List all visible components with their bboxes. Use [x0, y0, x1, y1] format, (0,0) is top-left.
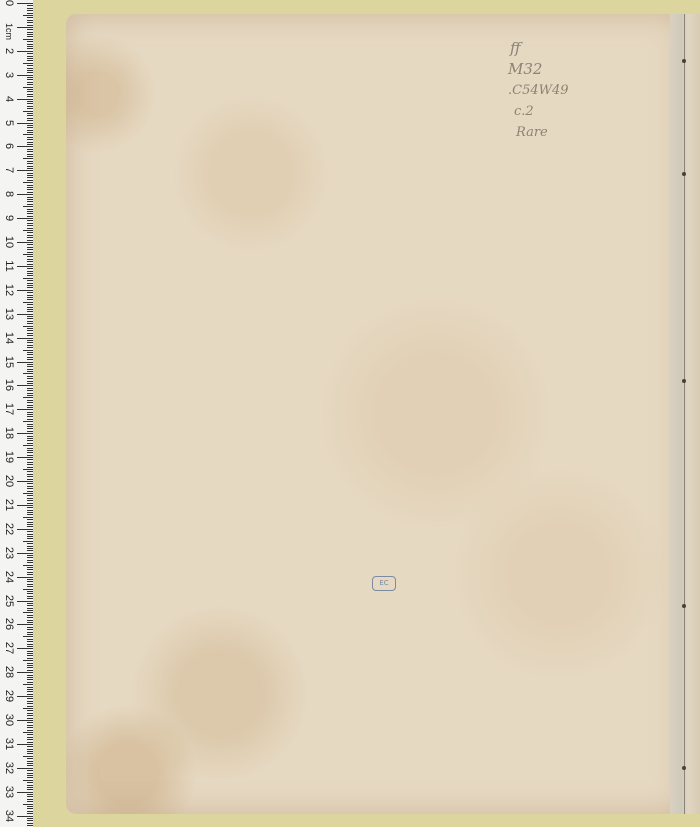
ruler-tick: [23, 541, 33, 542]
ruler-label: 12: [3, 282, 15, 298]
ruler-label: 11: [3, 258, 15, 274]
ruler-tick: [17, 51, 33, 52]
ruler-label: 19: [3, 449, 15, 465]
ruler-tick: [23, 326, 33, 327]
ruler-tick: [17, 768, 33, 769]
ruler-tick: [17, 146, 33, 147]
ruler-tick: [23, 63, 33, 64]
ruler-label: 16: [3, 377, 15, 393]
ruler-label: 4: [3, 91, 15, 107]
ruler-tick: [17, 433, 33, 434]
ruler-label: 29: [3, 688, 15, 704]
ruler-tick: [23, 708, 33, 709]
ruler-tick: [23, 804, 33, 805]
ruler-tick: [23, 421, 33, 422]
ruler-tick: [23, 469, 33, 470]
ruler-tick: [23, 87, 33, 88]
ruler-tick: [23, 612, 33, 613]
ruler-label: 32: [3, 760, 15, 776]
ruler-label: 28: [3, 664, 15, 680]
ruler-label: 31: [3, 736, 15, 752]
ruler-tick: [17, 529, 33, 530]
ruler-label: 24: [3, 569, 15, 585]
ruler-tick: [17, 266, 33, 267]
ruler-label: 6: [3, 138, 15, 154]
ruler-label: 15: [3, 354, 15, 370]
ruler-tick: [23, 134, 33, 135]
ruler-tick: [17, 624, 33, 625]
ruler-tick: [23, 15, 33, 16]
ruler-tick: [23, 350, 33, 351]
ruler-label: 8: [3, 186, 15, 202]
ruler-tick: [23, 158, 33, 159]
ruler-tick: [17, 338, 33, 339]
ruler-tick: [23, 660, 33, 661]
note-line: .C54W49: [508, 80, 608, 101]
spine-fold-line: [684, 14, 685, 814]
ruler-label: 30: [3, 712, 15, 728]
ruler-tick: [23, 636, 33, 637]
ruler-tick: [17, 792, 33, 793]
note-line: M32: [508, 59, 608, 80]
ruler-label: 0: [3, 0, 15, 11]
ruler-tick: [17, 218, 33, 219]
ruler-tick: [23, 565, 33, 566]
library-stamp: EC: [372, 576, 396, 591]
ruler-tick: [17, 505, 33, 506]
ruler-label: 27: [3, 640, 15, 656]
ruler-tick: [23, 780, 33, 781]
ruler-tick: [17, 457, 33, 458]
ruler-tick: [23, 206, 33, 207]
ruler-label: 5: [3, 115, 15, 131]
ruler-tick: [17, 385, 33, 386]
ruler-tick: [17, 27, 33, 28]
ruler-tick: [17, 75, 33, 76]
ruler-tick: [17, 99, 33, 100]
ruler-tick: [17, 648, 33, 649]
ruler-tick: [17, 577, 33, 578]
ruler-tick: [23, 39, 33, 40]
ruler-tick: [23, 756, 33, 757]
ruler-label: 33: [3, 784, 15, 800]
ruler-tick: [23, 517, 33, 518]
ruler-tick: [23, 445, 33, 446]
ruler-label: 10: [3, 234, 15, 250]
ruler-label: 2: [3, 43, 15, 59]
ruler-label: 21: [3, 497, 15, 513]
pencil-call-number-note: ff M32 .C54W49 c.2 Rare: [508, 38, 608, 143]
ruler-label: 20: [3, 473, 15, 489]
ruler-label: 7: [3, 162, 15, 178]
ruler-tick: [23, 182, 33, 183]
ruler-tick: [23, 397, 33, 398]
ruler-tick: [17, 744, 33, 745]
ruler-label: 18: [3, 425, 15, 441]
ruler-tick: [17, 290, 33, 291]
book-spine-edge: [670, 14, 700, 814]
ruler-tick: [17, 3, 33, 4]
ruler-tick: [17, 170, 33, 171]
ruler-tick: [17, 816, 33, 817]
stitch-hole-icon: [682, 766, 686, 770]
ruler-tick: [23, 589, 33, 590]
note-line: c.2: [508, 101, 608, 122]
ruler-label: 26: [3, 616, 15, 632]
stitch-hole-icon: [682, 172, 686, 176]
ruler-tick: [23, 732, 33, 733]
ruler-tick: [23, 278, 33, 279]
ruler-tick: [23, 111, 33, 112]
ruler-tick: [17, 720, 33, 721]
ruler-label: 22: [3, 521, 15, 537]
ruler-tick: [23, 373, 33, 374]
ruler-tick: [17, 362, 33, 363]
ruler-tick: [17, 481, 33, 482]
ruler-tick: [17, 314, 33, 315]
ruler-tick: [17, 553, 33, 554]
ruler-tick: [17, 194, 33, 195]
stitch-hole-icon: [682, 59, 686, 63]
ruler-label: 25: [3, 593, 15, 609]
ruler-tick: [23, 684, 33, 685]
ruler-label: 23: [3, 545, 15, 561]
ruler-tick: [23, 302, 33, 303]
ruler-label: 3: [3, 67, 15, 83]
ruler-label: 9: [3, 210, 15, 226]
ruler-tick: [23, 254, 33, 255]
ruler-tick: [17, 242, 33, 243]
note-line: Rare: [508, 122, 608, 143]
ruler-tick: [17, 672, 33, 673]
ruler-tick: [17, 409, 33, 410]
ruler-tick: [23, 230, 33, 231]
ruler-label: 13: [3, 306, 15, 322]
note-line: ff: [508, 38, 608, 59]
ruler-tick: [17, 696, 33, 697]
stitch-hole-icon: [682, 379, 686, 383]
scale-ruler: 01cm234567891011121314151617181920212223…: [0, 0, 34, 827]
ruler-label: 34: [3, 808, 15, 824]
stitch-hole-icon: [682, 604, 686, 608]
ruler-tick: [17, 123, 33, 124]
ruler-tick: [23, 493, 33, 494]
ruler-label: 17: [3, 401, 15, 417]
ruler-tick: [17, 601, 33, 602]
ruler-label: 14: [3, 330, 15, 346]
ruler-label: 1cm: [3, 23, 15, 39]
